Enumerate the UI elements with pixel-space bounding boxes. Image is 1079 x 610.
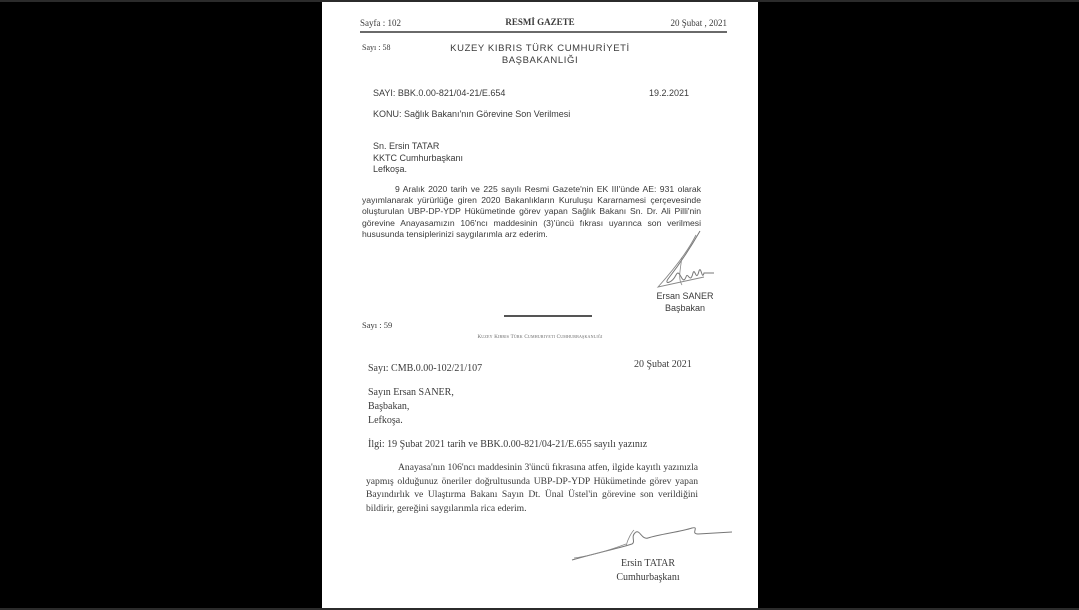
addressee-line: Başbakan, [368,400,454,414]
addressee-line: Sn. Ersin TATAR [373,141,463,153]
notice-59-issuer: Kuzey Kıbrıs Türk Cumhuriyeti Cumhurbaşk… [322,334,758,340]
body-text: 9 Aralık 2020 tarih ve 225 sayılı Resmi … [362,184,701,239]
notice-58-date: 19.2.2021 [649,88,689,98]
signer-title: Başbakan [655,303,715,315]
gazette-page: Sayfa : 102 RESMİ GAZETE 20 Şubat , 2021… [322,2,758,608]
addressee-line: Sayın Ersan SANER, [368,386,454,400]
notice-58-issuer: KUZEY KIBRIS TÜRK CUMHURİYETİ BAŞBAKANLI… [322,43,758,67]
signer-name: Ersin TATAR [612,557,684,571]
notice-59-body: Anayasa'nın 106'ncı maddesinin 3'üncü fı… [366,461,698,515]
notice-58-ref-number: SAYI: BBK.0.00-821/04-21/E.654 [373,88,505,98]
gazette-date: 20 Şubat , 2021 [670,18,727,28]
signer-title: Cumhurbaşkanı [612,571,684,585]
signer-name: Ersan SANER [655,291,715,303]
notice-59-reference: İlgi: 19 Şubat 2021 tarih ve BBK.0.00-82… [368,439,647,450]
notice-58-signer: Ersan SANER Başbakan [655,291,715,314]
notice-59-signer: Ersin TATAR Cumhurbaşkanı [612,557,684,585]
notice-59-ref-number: Sayı: CMB.0.00-102/21/107 [368,363,482,374]
signature-saner-icon [652,227,722,297]
addressee-line: KKTC Cumhurbaşkanı [373,153,463,165]
notice-58-subject: KONU: Sağlık Bakanı'nın Görevine Son Ver… [373,109,570,119]
addressee-line: Lefkoşa. [373,164,463,176]
body-text: Anayasa'nın 106'ncı maddesinin 3'üncü fı… [366,462,698,514]
header-rule [360,31,727,33]
issuer-line-1: KUZEY KIBRIS TÜRK CUMHURİYETİ [322,43,758,55]
notice-59-date: 20 Şubat 2021 [634,359,692,370]
addressee-line: Lefkoşa. [368,414,454,428]
notice-58-body: 9 Aralık 2020 tarih ve 225 sayılı Resmi … [362,184,701,240]
notice-59-addressee: Sayın Ersan SANER, Başbakan, Lefkoşa. [368,386,454,428]
issuer-line-2: BAŞBAKANLIĞI [322,55,758,67]
notice-59-number: Sayı : 59 [362,320,392,330]
notice-separator [504,315,592,317]
notice-58-addressee: Sn. Ersin TATAR KKTC Cumhurbaşkanı Lefko… [373,141,463,176]
